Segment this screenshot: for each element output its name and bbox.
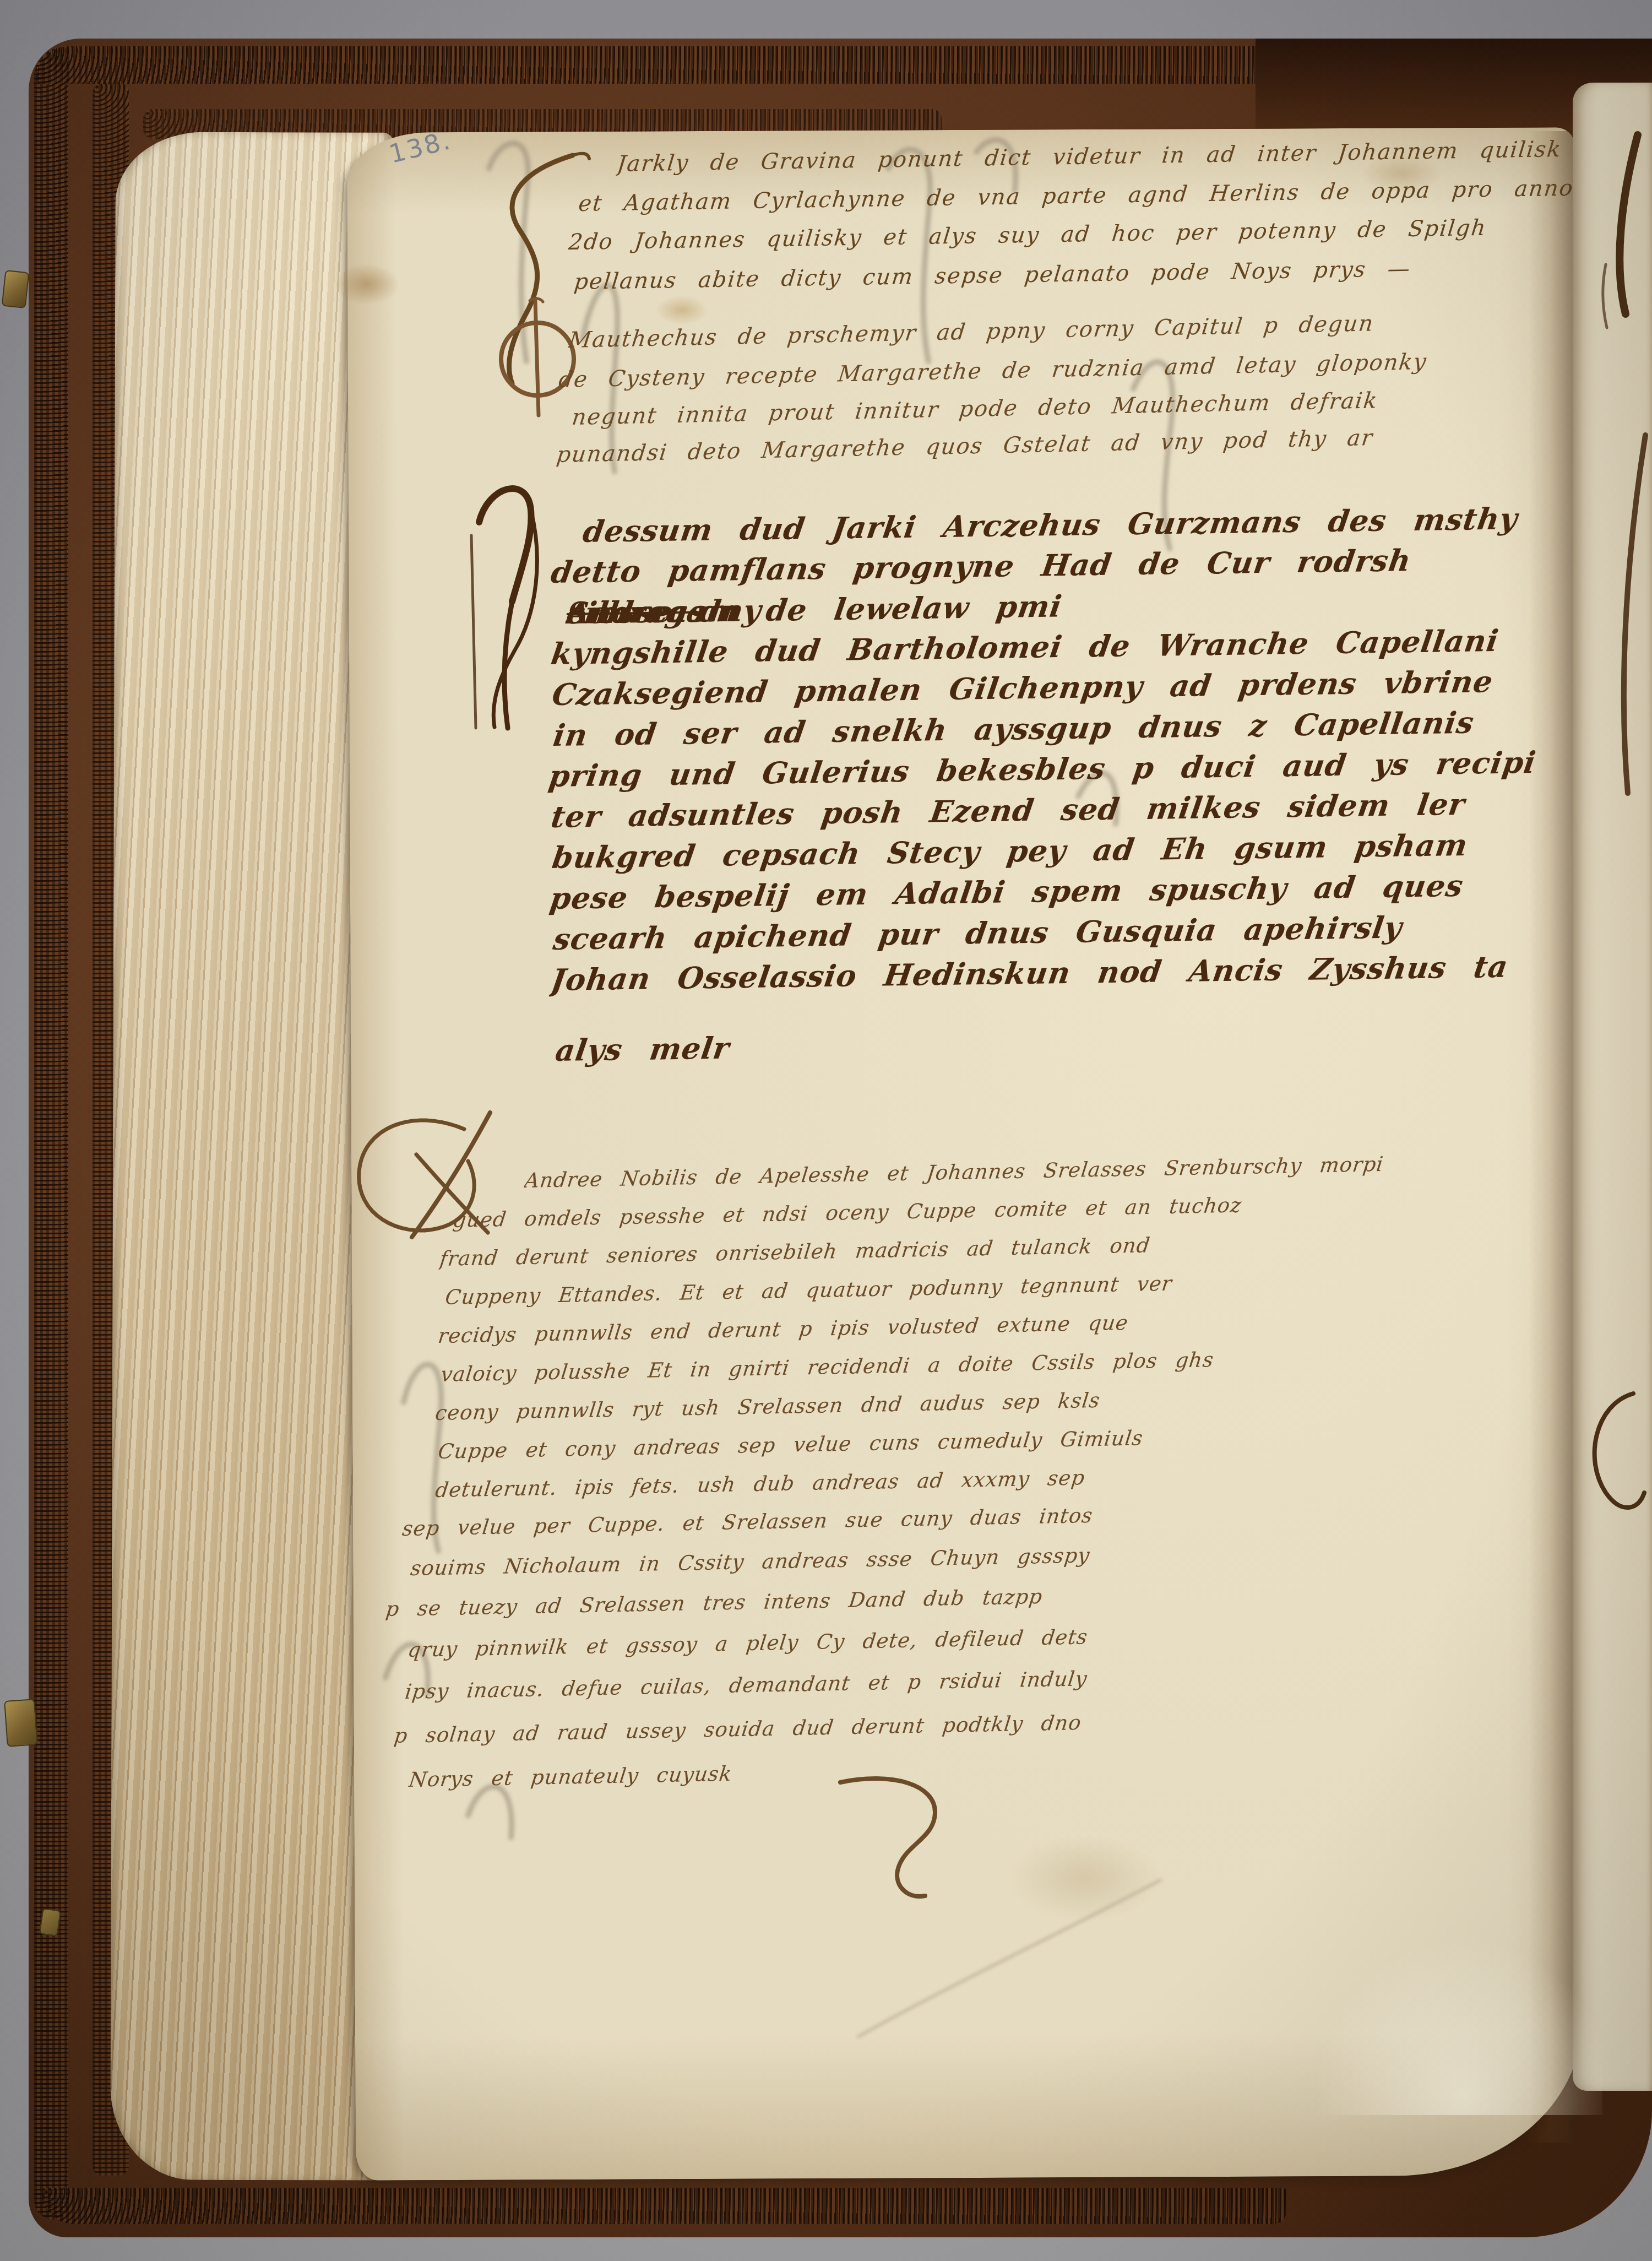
brass-catch	[39, 1908, 61, 1937]
facing-page-stroke-marks	[1573, 83, 1652, 2091]
line-segment: Schragam de lewelaw pmi	[564, 587, 1064, 632]
entry3-initial-flourish-icon	[455, 469, 565, 745]
embossed-border	[42, 2188, 1286, 2224]
brass-clasp	[4, 1699, 38, 1747]
embossed-border	[34, 47, 68, 2220]
manuscript-line: alys melr	[552, 1026, 900, 1078]
embossed-border	[36, 46, 1446, 84]
manuscript-photo: 138. Jarkly de Gravina ponunt dict videt…	[0, 0, 1652, 2261]
gutter-fold-shadow	[1529, 131, 1575, 2143]
brass-clasp	[2, 270, 30, 308]
